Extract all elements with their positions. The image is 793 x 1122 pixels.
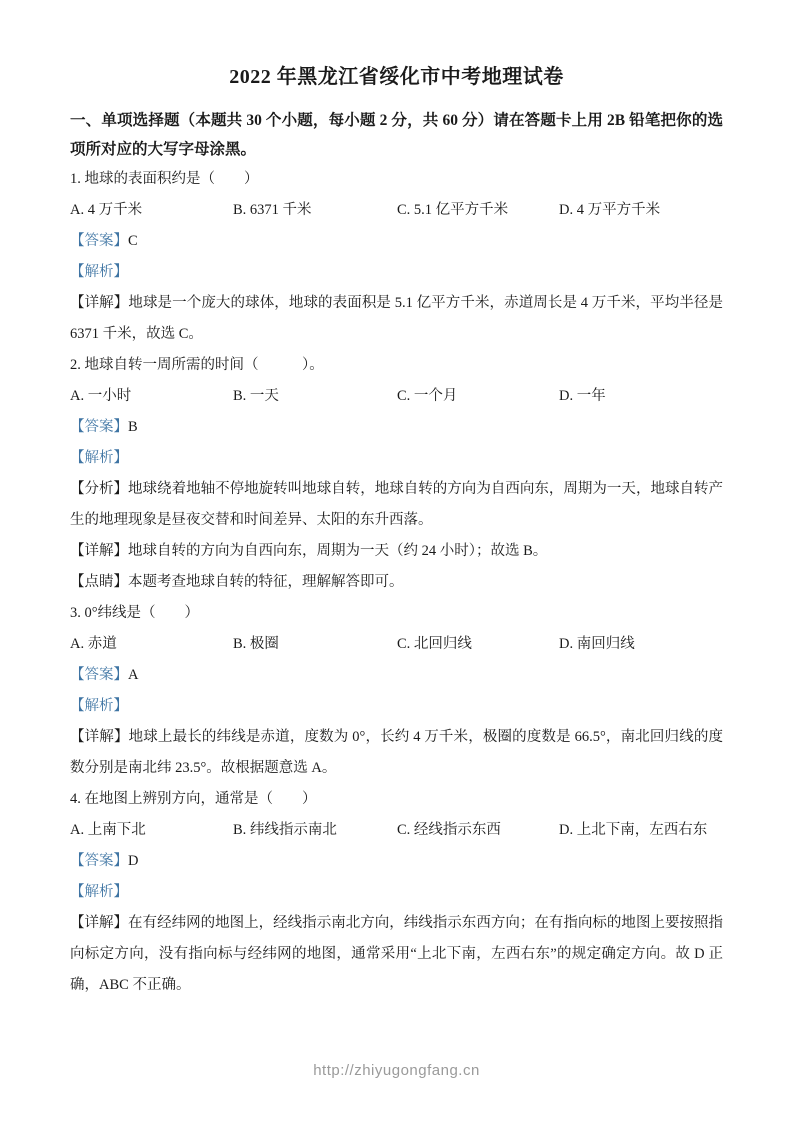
option-c: C. 一个月 bbox=[397, 381, 559, 412]
page-title: 2022 年黑龙江省绥化市中考地理试卷 bbox=[70, 62, 723, 92]
option-b: B. 极圈 bbox=[233, 629, 397, 660]
option-a: A. 4 万千米 bbox=[70, 195, 233, 226]
question-1: 1. 地球的表面积约是（ ） A. 4 万千米 B. 6371 千米 C. 5.… bbox=[70, 164, 723, 350]
question-stem: 2. 地球自转一周所需的时间（ ）。 bbox=[70, 350, 723, 381]
option-b: B. 一天 bbox=[233, 381, 397, 412]
options-row: A. 上南下北 B. 纬线指示南北 C. 经线指示东西 D. 上北下南，左西右东 bbox=[70, 815, 723, 846]
option-c: C. 经线指示东西 bbox=[397, 815, 559, 846]
options-row: A. 赤道 B. 极圈 C. 北回归线 D. 南回归线 bbox=[70, 629, 723, 660]
option-d: D. 一年 bbox=[559, 381, 723, 412]
answer-value: A bbox=[128, 667, 138, 683]
tip-paragraph: 【点睛】本题考查地球自转的特征，理解解答即可。 bbox=[70, 567, 723, 598]
option-a: A. 一小时 bbox=[70, 381, 233, 412]
section-heading: 一、单项选择题（本题共 30 个小题，每小题 2 分，共 60 分）请在答题卡上… bbox=[70, 106, 723, 164]
answer-label: 【答案】 bbox=[70, 853, 128, 869]
option-d: D. 上北下南，左西右东 bbox=[559, 815, 723, 846]
option-d: D. 4 万平方千米 bbox=[559, 195, 723, 226]
answer-label: 【答案】 bbox=[70, 667, 128, 683]
answer-line: 【答案】B bbox=[70, 412, 723, 443]
options-row: A. 一小时 B. 一天 C. 一个月 D. 一年 bbox=[70, 381, 723, 412]
option-b: B. 6371 千米 bbox=[233, 195, 397, 226]
option-c: C. 北回归线 bbox=[397, 629, 559, 660]
detail-paragraph: 【详解】地球上最长的纬线是赤道，度数为 0°，长约 4 万千米，极圈的度数是 6… bbox=[70, 722, 723, 784]
answer-line: 【答案】C bbox=[70, 226, 723, 257]
analysis-label: 【解析】 bbox=[70, 877, 723, 908]
option-a: A. 上南下北 bbox=[70, 815, 233, 846]
question-3: 3. 0°纬线是（ ） A. 赤道 B. 极圈 C. 北回归线 D. 南回归线 … bbox=[70, 598, 723, 784]
answer-label: 【答案】 bbox=[70, 233, 128, 249]
detail-paragraph: 【详解】地球自转的方向为自西向东，周期为一天（约 24 小时）；故选 B。 bbox=[70, 536, 723, 567]
answer-value: C bbox=[128, 233, 138, 249]
analysis-label: 【解析】 bbox=[70, 691, 723, 722]
answer-line: 【答案】A bbox=[70, 660, 723, 691]
analysis-paragraph: 【分析】地球绕着地轴不停地旋转叫地球自转，地球自转的方向为自西向东，周期为一天，… bbox=[70, 474, 723, 536]
option-a: A. 赤道 bbox=[70, 629, 233, 660]
analysis-label: 【解析】 bbox=[70, 257, 723, 288]
option-d: D. 南回归线 bbox=[559, 629, 723, 660]
footer-watermark-url: http://zhiyugongfang.cn bbox=[0, 1062, 793, 1079]
answer-label: 【答案】 bbox=[70, 419, 128, 435]
document-page: 2022 年黑龙江省绥化市中考地理试卷 一、单项选择题（本题共 30 个小题，每… bbox=[0, 0, 793, 1122]
question-4: 4. 在地图上辨别方向，通常是（ ） A. 上南下北 B. 纬线指示南北 C. … bbox=[70, 784, 723, 1001]
option-c: C. 5.1 亿平方千米 bbox=[397, 195, 559, 226]
analysis-label: 【解析】 bbox=[70, 443, 723, 474]
options-row: A. 4 万千米 B. 6371 千米 C. 5.1 亿平方千米 D. 4 万平… bbox=[70, 195, 723, 226]
answer-value: D bbox=[128, 853, 138, 869]
document-content: 2022 年黑龙江省绥化市中考地理试卷 一、单项选择题（本题共 30 个小题，每… bbox=[0, 0, 793, 1001]
question-stem: 4. 在地图上辨别方向，通常是（ ） bbox=[70, 784, 723, 815]
question-stem: 1. 地球的表面积约是（ ） bbox=[70, 164, 723, 195]
detail-paragraph: 【详解】地球是一个庞大的球体，地球的表面积是 5.1 亿平方千米，赤道周长是 4… bbox=[70, 288, 723, 350]
detail-paragraph: 【详解】在有经纬网的地图上，经线指示南北方向，纬线指示东西方向；在有指向标的地图… bbox=[70, 908, 723, 1001]
option-b: B. 纬线指示南北 bbox=[233, 815, 397, 846]
question-2: 2. 地球自转一周所需的时间（ ）。 A. 一小时 B. 一天 C. 一个月 D… bbox=[70, 350, 723, 598]
question-stem: 3. 0°纬线是（ ） bbox=[70, 598, 723, 629]
answer-value: B bbox=[128, 419, 138, 435]
answer-line: 【答案】D bbox=[70, 846, 723, 877]
